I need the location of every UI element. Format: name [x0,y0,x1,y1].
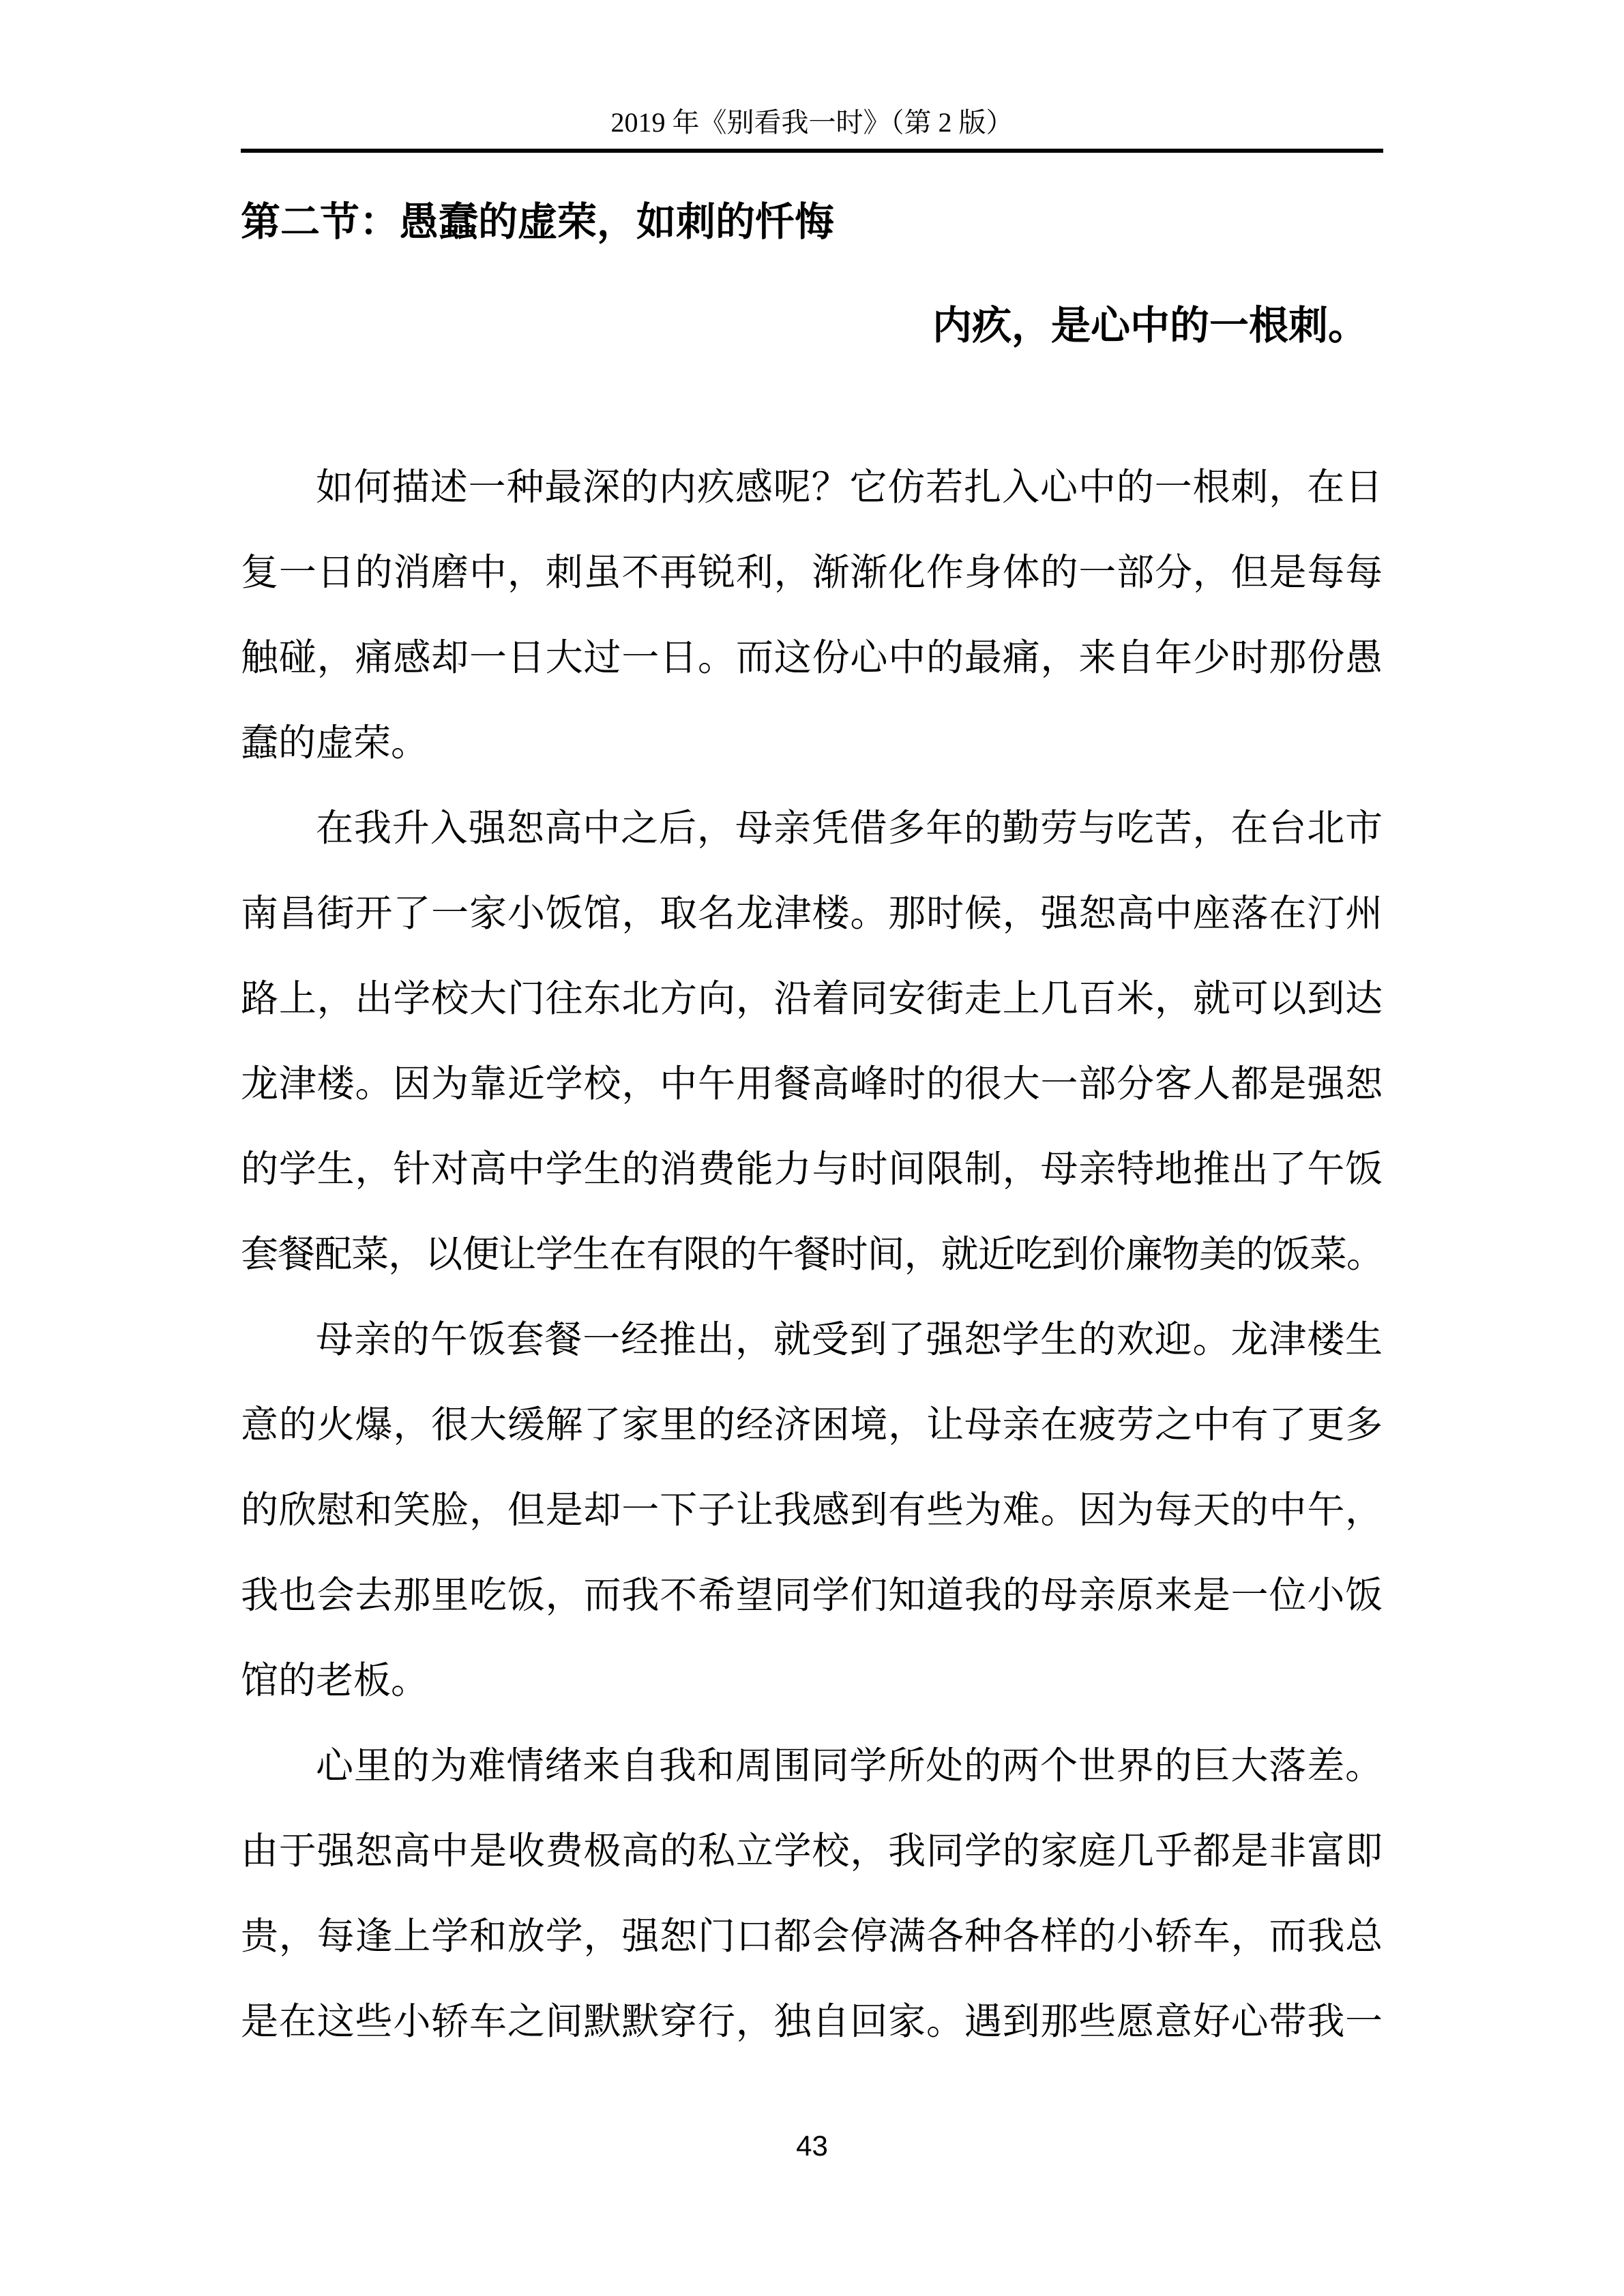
text-line: 在我升入强恕高中之后，母亲凭借多年的勤劳与吃苦，在台北市 [241,786,1383,871]
paragraph: 在我升入强恕高中之后，母亲凭借多年的勤劳与吃苦，在台北市南昌街开了一家小饭馆，取… [241,786,1383,1297]
text-line: 龙津楼。因为靠近学校，中午用餐高峰时的很大一部分客人都是强恕 [241,1041,1383,1127]
text-line: 复一日的消磨中，刺虽不再锐利，渐渐化作身体的一部分，但是每每 [241,530,1383,615]
text-line: 母亲的午饭套餐一经推出，就受到了强恕学生的欢迎。龙津楼生 [241,1297,1383,1382]
text-line: 套餐配菜，以便让学生在有限的午餐时间，就近吃到价廉物美的饭菜。 [241,1212,1383,1297]
text-line: 心里的为难情绪来自我和周围同学所处的两个世界的巨大落差。 [241,1723,1383,1808]
epigraph-quote: 内疚，是心中的一根刺。 [241,299,1368,353]
text-line: 如何描述一种最深的内疚感呢？它仿若扎入心中的一根刺，在日 [241,445,1383,530]
text-line: 路上，出学校大门往东北方向，沿着同安街走上几百米，就可以到达 [241,956,1383,1041]
text-line: 贵，每逢上学和放学，强恕门口都会停满各种各样的小轿车，而我总 [241,1894,1383,1979]
text-line: 的学生，针对高中学生的消费能力与时间限制，母亲特地推出了午饭 [241,1127,1383,1212]
text-line: 触碰，痛感却一日大过一日。而这份心中的最痛，来自年少时那份愚 [241,615,1383,700]
paragraph: 母亲的午饭套餐一经推出，就受到了强恕学生的欢迎。龙津楼生意的火爆，很大缓解了家里… [241,1297,1383,1723]
header-rule [241,149,1383,153]
text-line: 我也会去那里吃饭，而我不希望同学们知道我的母亲原来是一位小饭 [241,1553,1383,1638]
paragraph: 如何描述一种最深的内疚感呢？它仿若扎入心中的一根刺，在日复一日的消磨中，刺虽不再… [241,445,1383,786]
page-number: 43 [0,2132,1624,2160]
text-line: 南昌街开了一家小饭馆，取名龙津楼。那时候，强恕高中座落在汀州 [241,871,1383,956]
running-header: 2019 年《别看我一时》（第 2 版） [0,102,1624,143]
section-title: 第二节：愚蠢的虚荣，如刺的忏悔 [241,195,834,250]
text-line: 意的火爆，很大缓解了家里的经济困境，让母亲在疲劳之中有了更多 [241,1382,1383,1467]
text-line: 由于强恕高中是收费极高的私立学校，我同学的家庭几乎都是非富即 [241,1808,1383,1894]
paragraph: 心里的为难情绪来自我和周围同学所处的两个世界的巨大落差。由于强恕高中是收费极高的… [241,1723,1383,2064]
text-line: 是在这些小轿车之间默默穿行，独自回家。遇到那些愿意好心带我一 [241,1979,1383,2064]
body-text: 如何描述一种最深的内疚感呢？它仿若扎入心中的一根刺，在日复一日的消磨中，刺虽不再… [241,445,1383,2064]
text-line: 的欣慰和笑脸，但是却一下子让我感到有些为难。因为每天的中午， [241,1467,1383,1553]
text-line: 蠢的虚荣。 [241,700,1383,786]
text-line: 馆的老板。 [241,1638,1383,1723]
document-page: 2019 年《别看我一时》（第 2 版） 第二节：愚蠢的虚荣，如刺的忏悔 内疚，… [0,0,1624,2296]
